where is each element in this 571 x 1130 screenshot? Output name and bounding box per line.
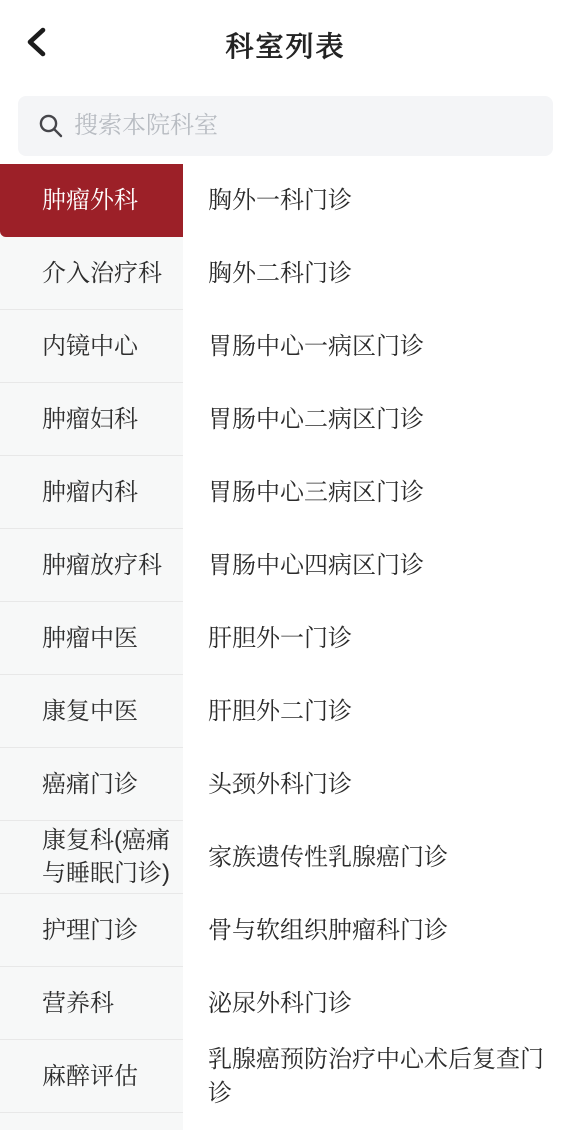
department-category-list: 肿瘤外科介入治疗科内镜中心肿瘤妇科肿瘤内科肿瘤放疗科肿瘤中医康复中医癌痛门诊康复… bbox=[0, 164, 183, 1130]
clinic-item[interactable]: 肝胆外一门诊 bbox=[183, 602, 571, 675]
sidebar-item[interactable]: 护理门诊 bbox=[0, 894, 183, 967]
clinic-item[interactable]: 胸外一科门诊 bbox=[183, 164, 571, 237]
sidebar-item-label: 癌痛门诊 bbox=[42, 768, 138, 801]
sidebar-item[interactable]: 介入治疗科 bbox=[0, 237, 183, 310]
chevron-left-icon bbox=[23, 25, 49, 59]
sidebar-item[interactable]: 肿瘤内科 bbox=[0, 456, 183, 529]
department-list-screen: 科室列表 肿瘤外科介入治疗科内镜中心肿瘤妇科肿瘤内科肿瘤放疗科肿瘤中医康复中医癌… bbox=[0, 0, 571, 1130]
clinic-item[interactable]: 胃肠中心一病区门诊 bbox=[183, 310, 571, 383]
sidebar-item-label: 护理门诊 bbox=[42, 914, 138, 947]
sidebar-item[interactable]: 康复科(癌痛与睡眠门诊) bbox=[0, 821, 183, 894]
sidebar-item[interactable]: 肿瘤妇科 bbox=[0, 383, 183, 456]
back-button[interactable] bbox=[14, 18, 58, 66]
sidebar-item[interactable]: 癌痛门诊 bbox=[0, 748, 183, 821]
sidebar-item-label: 营养科 bbox=[42, 987, 114, 1020]
clinic-item[interactable]: 泌尿外科门诊 bbox=[183, 967, 571, 1040]
clinic-item-label: 头颈外科门诊 bbox=[208, 768, 352, 802]
sidebar-item[interactable]: 麻醉评估 bbox=[0, 1040, 183, 1113]
sidebar-item-label: 介入治疗科 bbox=[42, 257, 162, 290]
clinic-item[interactable]: 胃肠中心四病区门诊 bbox=[183, 529, 571, 602]
sidebar-item-label: 肿瘤放疗科 bbox=[42, 549, 162, 582]
search-icon bbox=[38, 113, 64, 139]
sidebar-item-label: 肿瘤内科 bbox=[42, 476, 138, 509]
clinic-item-label: 胃肠中心二病区门诊 bbox=[208, 403, 424, 437]
sidebar-item[interactable]: 肿瘤放疗科 bbox=[0, 529, 183, 602]
clinic-item-label: 肝胆外二门诊 bbox=[208, 695, 352, 729]
sidebar-item-label: 康复科(癌痛与睡眠门诊) bbox=[42, 824, 181, 890]
sidebar-item-label: 肿瘤妇科 bbox=[42, 403, 138, 436]
sidebar-item-label: 肿瘤中医 bbox=[42, 622, 138, 655]
sidebar-item[interactable]: 肿瘤中医 bbox=[0, 602, 183, 675]
clinic-item-label: 骨与软组织肿瘤科门诊 bbox=[208, 914, 448, 948]
sidebar-item[interactable]: 内镜中心 bbox=[0, 310, 183, 383]
clinic-item-label: 胃肠中心四病区门诊 bbox=[208, 549, 424, 583]
clinic-item-label: 泌尿外科门诊 bbox=[208, 987, 352, 1021]
clinic-item-label: 肝胆外一门诊 bbox=[208, 622, 352, 656]
clinic-item[interactable]: 胃肠中心三病区门诊 bbox=[183, 456, 571, 529]
clinic-item[interactable]: 骨与软组织肿瘤科门诊 bbox=[183, 894, 571, 967]
clinic-list: 胸外一科门诊胸外二科门诊胃肠中心一病区门诊胃肠中心二病区门诊胃肠中心三病区门诊胃… bbox=[183, 164, 571, 1130]
clinic-item[interactable]: 肝胆外二门诊 bbox=[183, 675, 571, 748]
main-content: 肿瘤外科介入治疗科内镜中心肿瘤妇科肿瘤内科肿瘤放疗科肿瘤中医康复中医癌痛门诊康复… bbox=[0, 164, 571, 1130]
clinic-item[interactable]: 胸外二科门诊 bbox=[183, 237, 571, 310]
clinic-item-label: 胃肠中心三病区门诊 bbox=[208, 476, 424, 510]
clinic-item-label: 家族遗传性乳腺癌门诊 bbox=[208, 841, 448, 875]
sidebar-item[interactable]: 营养科 bbox=[0, 967, 183, 1040]
sidebar-item-label: 麻醉评估 bbox=[42, 1060, 138, 1093]
sidebar-item-selected[interactable]: 肿瘤外科 bbox=[0, 164, 183, 237]
search-input[interactable] bbox=[74, 112, 537, 140]
sidebar-item-label: 康复中医 bbox=[42, 695, 138, 728]
search-bar[interactable] bbox=[18, 96, 553, 156]
clinic-item-label: 胃肠中心一病区门诊 bbox=[208, 330, 424, 364]
header: 科室列表 bbox=[0, 0, 571, 96]
sidebar-item-selected-label: 肿瘤外科 bbox=[42, 184, 138, 217]
sidebar-item-label: 内镜中心 bbox=[42, 330, 138, 363]
clinic-item[interactable]: 家族遗传性乳腺癌门诊 bbox=[183, 821, 571, 894]
clinic-item-label: 胸外一科门诊 bbox=[208, 184, 352, 218]
clinic-item[interactable]: 胃肠中心二病区门诊 bbox=[183, 383, 571, 456]
page-title: 科室列表 bbox=[225, 25, 345, 71]
clinic-item-label: 胸外二科门诊 bbox=[208, 257, 352, 291]
clinic-item[interactable]: 头颈外科门诊 bbox=[183, 748, 571, 821]
clinic-item-label: 乳腺癌预防治疗中心术后复查门诊 bbox=[208, 1043, 553, 1111]
sidebar-item[interactable]: 康复中医 bbox=[0, 675, 183, 748]
clinic-item[interactable]: 乳腺癌预防治疗中心术后复查门诊 bbox=[183, 1040, 571, 1113]
